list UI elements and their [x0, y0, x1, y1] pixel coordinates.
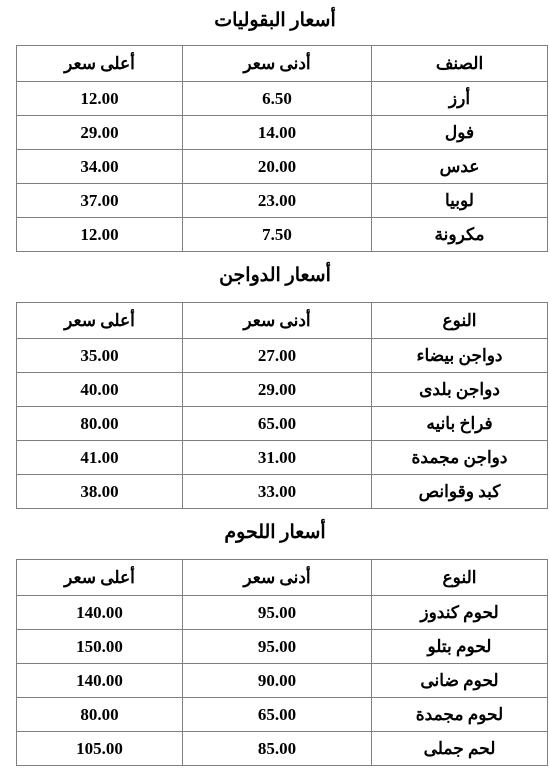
- legumes-section-title: أسعار البقوليات: [0, 8, 550, 34]
- table-row: لحوم كندوز 95.00 140.00: [17, 596, 548, 630]
- poultry-price-table: النوع أدنى سعر أعلى سعر دواجن بيضاء 27.0…: [16, 302, 548, 509]
- max-price-cell: 150.00: [17, 630, 183, 664]
- table-row: لحم جملى 85.00 105.00: [17, 732, 548, 766]
- min-price-cell: 23.00: [183, 184, 372, 218]
- poultry-section-title: أسعار الدواجن: [0, 263, 550, 289]
- max-price-cell: 37.00: [17, 184, 183, 218]
- header-cell-type: النوع: [372, 303, 548, 339]
- table-row: مكرونة 7.50 12.00: [17, 218, 548, 252]
- item-name-cell: فراخ بانيه: [372, 407, 548, 441]
- table-row: أرز 6.50 12.00: [17, 82, 548, 116]
- table-header-row: الصنف أدنى سعر أعلى سعر: [17, 46, 548, 82]
- header-cell-type: النوع: [372, 560, 548, 596]
- max-price-cell: 12.00: [17, 82, 183, 116]
- table-row: فراخ بانيه 65.00 80.00: [17, 407, 548, 441]
- table-row: لحوم مجمدة 65.00 80.00: [17, 698, 548, 732]
- header-cell-min-price: أدنى سعر: [183, 303, 372, 339]
- min-price-cell: 7.50: [183, 218, 372, 252]
- table-header-row: النوع أدنى سعر أعلى سعر: [17, 560, 548, 596]
- max-price-cell: 41.00: [17, 441, 183, 475]
- item-name-cell: لحوم مجمدة: [372, 698, 548, 732]
- min-price-cell: 27.00: [183, 339, 372, 373]
- min-price-cell: 85.00: [183, 732, 372, 766]
- item-name-cell: كبد وقوانص: [372, 475, 548, 509]
- max-price-cell: 38.00: [17, 475, 183, 509]
- header-cell-item: الصنف: [372, 46, 548, 82]
- max-price-cell: 140.00: [17, 664, 183, 698]
- item-name-cell: لحوم كندوز: [372, 596, 548, 630]
- table-row: لحوم ضانى 90.00 140.00: [17, 664, 548, 698]
- item-name-cell: لحم جملى: [372, 732, 548, 766]
- item-name-cell: أرز: [372, 82, 548, 116]
- meats-price-table: النوع أدنى سعر أعلى سعر لحوم كندوز 95.00…: [16, 559, 548, 766]
- table-header-row: النوع أدنى سعر أعلى سعر: [17, 303, 548, 339]
- min-price-cell: 65.00: [183, 698, 372, 732]
- item-name-cell: لوبيا: [372, 184, 548, 218]
- min-price-cell: 14.00: [183, 116, 372, 150]
- header-cell-max-price: أعلى سعر: [17, 560, 183, 596]
- meats-section-title: أسعار اللحوم: [0, 520, 550, 546]
- max-price-cell: 40.00: [17, 373, 183, 407]
- min-price-cell: 33.00: [183, 475, 372, 509]
- max-price-cell: 140.00: [17, 596, 183, 630]
- table-row: كبد وقوانص 33.00 38.00: [17, 475, 548, 509]
- min-price-cell: 90.00: [183, 664, 372, 698]
- item-name-cell: لحوم بتلو: [372, 630, 548, 664]
- item-name-cell: دواجن بيضاء: [372, 339, 548, 373]
- min-price-cell: 65.00: [183, 407, 372, 441]
- header-cell-min-price: أدنى سعر: [183, 46, 372, 82]
- max-price-cell: 80.00: [17, 407, 183, 441]
- min-price-cell: 6.50: [183, 82, 372, 116]
- item-name-cell: لحوم ضانى: [372, 664, 548, 698]
- table-row: لحوم بتلو 95.00 150.00: [17, 630, 548, 664]
- table-row: فول 14.00 29.00: [17, 116, 548, 150]
- max-price-cell: 35.00: [17, 339, 183, 373]
- min-price-cell: 31.00: [183, 441, 372, 475]
- max-price-cell: 12.00: [17, 218, 183, 252]
- min-price-cell: 29.00: [183, 373, 372, 407]
- max-price-cell: 80.00: [17, 698, 183, 732]
- min-price-cell: 20.00: [183, 150, 372, 184]
- item-name-cell: فول: [372, 116, 548, 150]
- header-cell-max-price: أعلى سعر: [17, 303, 183, 339]
- item-name-cell: عدس: [372, 150, 548, 184]
- header-cell-max-price: أعلى سعر: [17, 46, 183, 82]
- item-name-cell: دواجن مجمدة: [372, 441, 548, 475]
- table-row: دواجن بيضاء 27.00 35.00: [17, 339, 548, 373]
- legumes-price-table: الصنف أدنى سعر أعلى سعر أرز 6.50 12.00 ف…: [16, 45, 548, 252]
- table-row: عدس 20.00 34.00: [17, 150, 548, 184]
- table-row: دواجن مجمدة 31.00 41.00: [17, 441, 548, 475]
- header-cell-min-price: أدنى سعر: [183, 560, 372, 596]
- item-name-cell: دواجن بلدى: [372, 373, 548, 407]
- max-price-cell: 105.00: [17, 732, 183, 766]
- table-row: لوبيا 23.00 37.00: [17, 184, 548, 218]
- table-row: دواجن بلدى 29.00 40.00: [17, 373, 548, 407]
- item-name-cell: مكرونة: [372, 218, 548, 252]
- min-price-cell: 95.00: [183, 630, 372, 664]
- max-price-cell: 29.00: [17, 116, 183, 150]
- max-price-cell: 34.00: [17, 150, 183, 184]
- min-price-cell: 95.00: [183, 596, 372, 630]
